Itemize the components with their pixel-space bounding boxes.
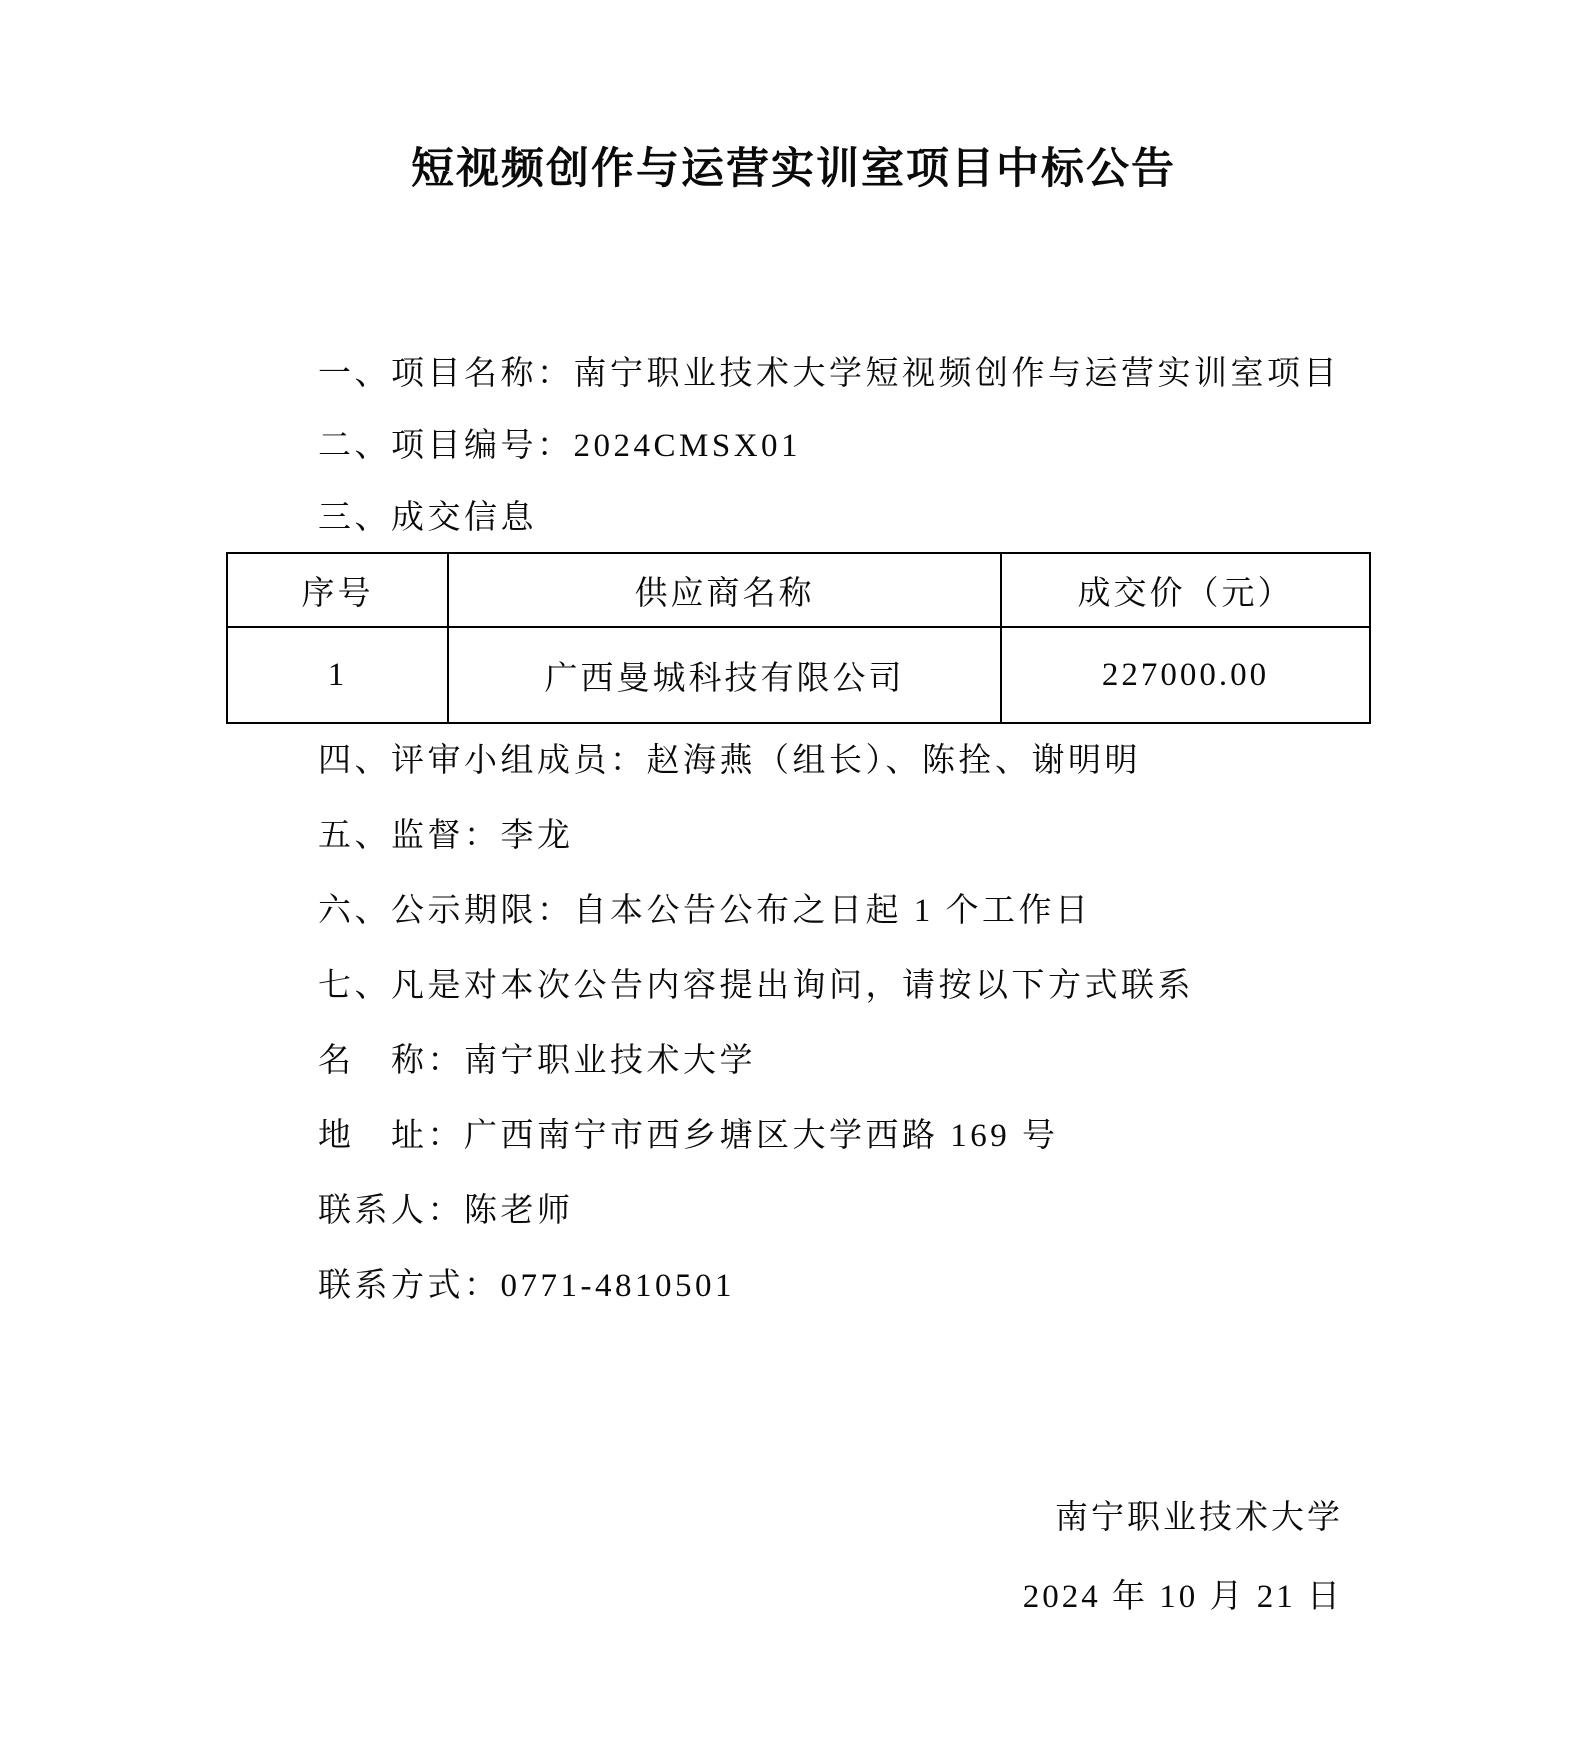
table-header-price: 成交价（元） xyxy=(1001,553,1370,627)
line-deal-info-heading: 三、成交信息 xyxy=(318,482,1340,554)
line-address: 地 址：广西南宁市西乡塘区大学西路 169 号 xyxy=(318,1099,1194,1174)
signature-block: 南宁职业技术大学 2024 年 10 月 21 日 xyxy=(1023,1479,1343,1637)
line-publicity-period: 六、公示期限：自本公告公布之日起 1 个工作日 xyxy=(318,874,1194,949)
table-header-supplier: 供应商名称 xyxy=(448,553,1001,627)
line-inquiry-notice: 七、凡是对本次公告内容提出询问，请按以下方式联系 xyxy=(318,949,1194,1024)
table-header-row: 序号 供应商名称 成交价（元） xyxy=(227,553,1370,627)
page-title: 短视频创作与运营实训室项目中标公告 xyxy=(0,145,1587,195)
line-contact-person: 联系人：陈老师 xyxy=(318,1174,1194,1249)
line-project-number: 二、项目编号：2024CMSX01 xyxy=(318,410,1340,482)
document-page: 短视频创作与运营实训室项目中标公告 一、项目名称：南宁职业技术大学短视频创作与运… xyxy=(0,0,1587,1762)
line-project-name: 一、项目名称：南宁职业技术大学短视频创作与运营实训室项目 xyxy=(318,338,1340,410)
deal-info-table: 序号 供应商名称 成交价（元） 1 广西曼城科技有限公司 227000.00 xyxy=(226,552,1371,724)
table-header-index: 序号 xyxy=(227,553,448,627)
line-contact-phone: 联系方式：0771-4810501 xyxy=(318,1249,1194,1324)
table-row: 1 广西曼城科技有限公司 227000.00 xyxy=(227,627,1370,723)
line-org-name: 名 称：南宁职业技术大学 xyxy=(318,1024,1194,1099)
cell-index: 1 xyxy=(227,627,448,723)
signature-organization: 南宁职业技术大学 xyxy=(1023,1479,1343,1558)
line-review-panel: 四、评审小组成员：赵海燕（组长）、陈拴、谢明明 xyxy=(318,724,1194,799)
signature-date: 2024 年 10 月 21 日 xyxy=(1023,1558,1343,1637)
line-supervisor: 五、监督：李龙 xyxy=(318,799,1194,874)
details-section: 四、评审小组成员：赵海燕（组长）、陈拴、谢明明 五、监督：李龙 六、公示期限：自… xyxy=(318,724,1194,1324)
cell-supplier-name: 广西曼城科技有限公司 xyxy=(448,627,1001,723)
intro-section: 一、项目名称：南宁职业技术大学短视频创作与运营实训室项目 二、项目编号：2024… xyxy=(318,338,1340,554)
cell-deal-price: 227000.00 xyxy=(1001,627,1370,723)
